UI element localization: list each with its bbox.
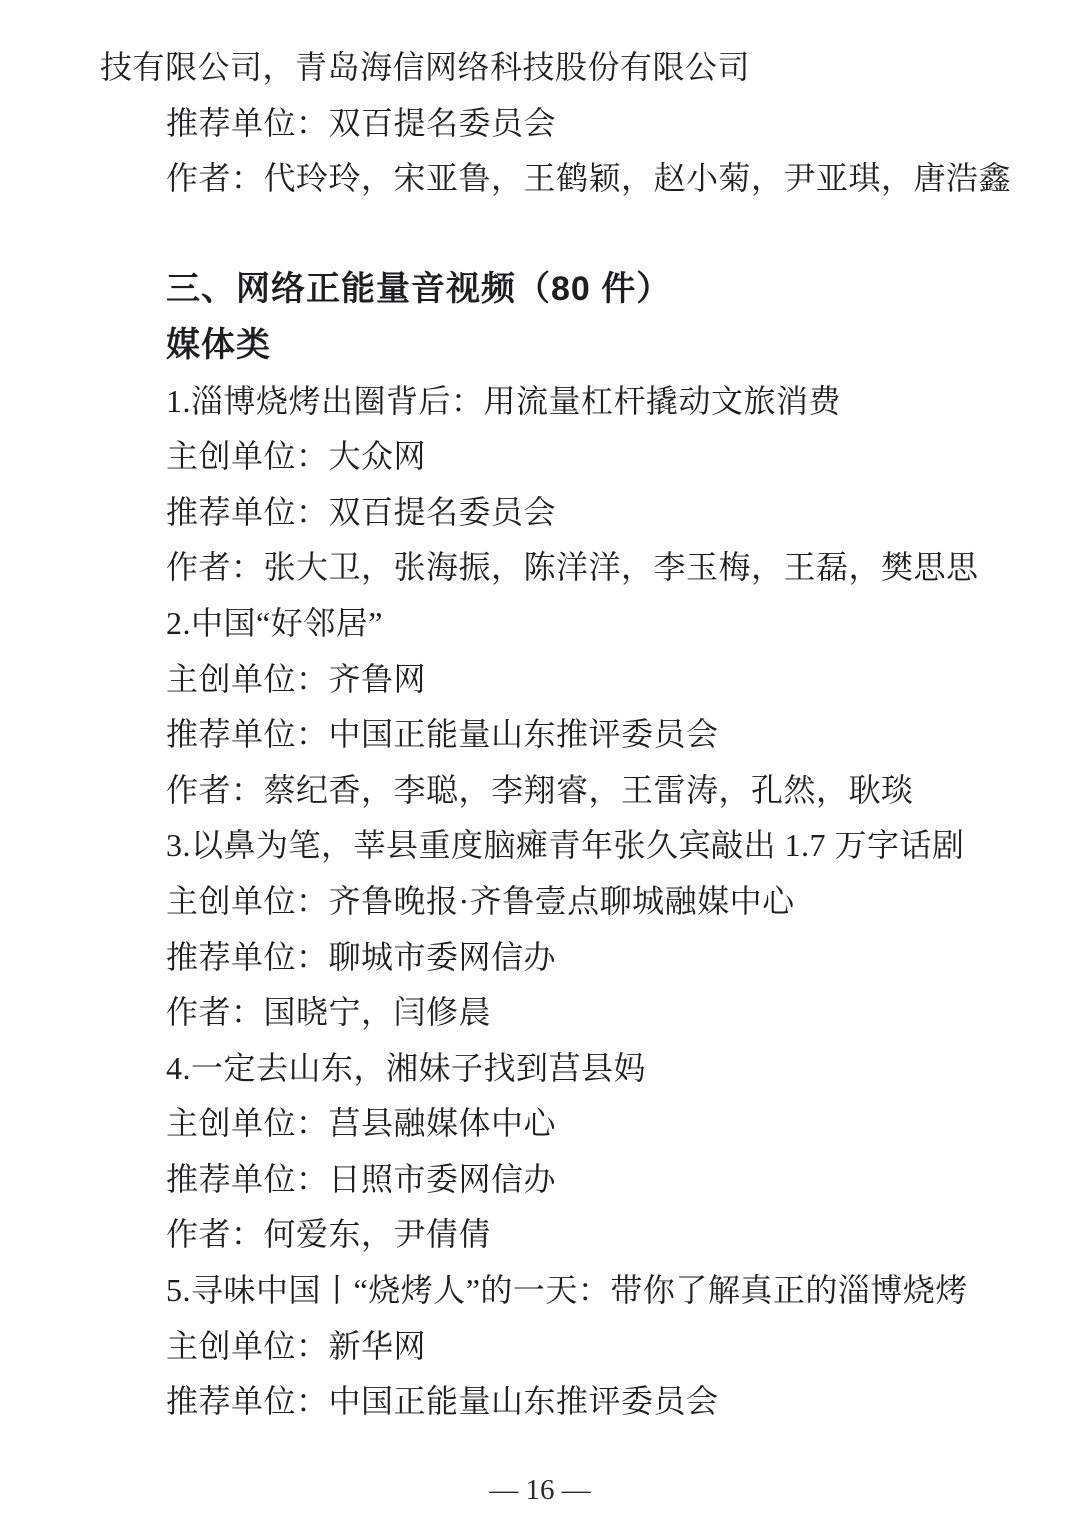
document-page: 技有限公司，青岛海信网络科技股份有限公司 推荐单位：双百提名委员会 作者：代玲玲… [0, 0, 1080, 1536]
item-title: 4.一定去山东，湘妹子找到莒县妈 [100, 1041, 990, 1097]
item-creator-line: 主创单位：齐鲁晚报·齐鲁壹点聊城融媒中心 [100, 874, 990, 930]
item-recommender-line: 推荐单位：双百提名委员会 [100, 485, 990, 541]
page-number: — 16 — [489, 1474, 591, 1506]
continuation-recommender-line: 推荐单位：双百提名委员会 [100, 96, 990, 152]
item-authors-line: 作者：蔡纪香，李聪，李翔睿，王雷涛，孔然，耿琰 [100, 763, 990, 819]
item-recommender-line: 推荐单位：日照市委网信办 [100, 1152, 990, 1208]
item-creator-line: 主创单位：新华网 [100, 1319, 990, 1375]
item-title: 2.中国“好邻居” [100, 596, 990, 652]
item-title: 3.以鼻为笔，莘县重度脑瘫青年张久宾敲出 1.7 万字话剧 [100, 818, 990, 874]
item-creator-line: 主创单位：大众网 [100, 429, 990, 485]
category-heading: 媒体类 [100, 318, 990, 374]
item-title: 1.淄博烧烤出圈背后：用流量杠杆撬动文旅消费 [100, 374, 990, 430]
page-footer: — 16 — [0, 1468, 1080, 1512]
item-authors-line: 作者：国晓宁，闫修晨 [100, 985, 990, 1041]
blank-line [100, 207, 990, 263]
document-body: 技有限公司，青岛海信网络科技股份有限公司 推荐单位：双百提名委员会 作者：代玲玲… [0, 0, 1080, 1430]
item-title: 5.寻味中国丨“烧烤人”的一天：带你了解真正的淄博烧烤 [100, 1263, 990, 1319]
item-recommender-line: 推荐单位：中国正能量山东推评委员会 [100, 707, 990, 763]
item-authors-line: 作者：何爱东，尹倩倩 [100, 1207, 990, 1263]
item-creator-line: 主创单位：齐鲁网 [100, 652, 990, 708]
item-creator-line: 主创单位：莒县融媒体中心 [100, 1096, 990, 1152]
item-recommender-line: 推荐单位：聊城市委网信办 [100, 930, 990, 986]
continuation-authors-line: 作者：代玲玲，宋亚鲁，王鹤颖，赵小菊，尹亚琪，唐浩鑫 [100, 151, 990, 207]
item-recommender-line: 推荐单位：中国正能量山东推评委员会 [100, 1374, 990, 1430]
item-authors-line: 作者：张大卫，张海振，陈洋洋，李玉梅，王磊，樊思思 [100, 540, 990, 596]
section-heading: 三、网络正能量音视频（80 件） [100, 262, 990, 318]
continuation-text: 技有限公司，青岛海信网络科技股份有限公司 [100, 40, 990, 96]
